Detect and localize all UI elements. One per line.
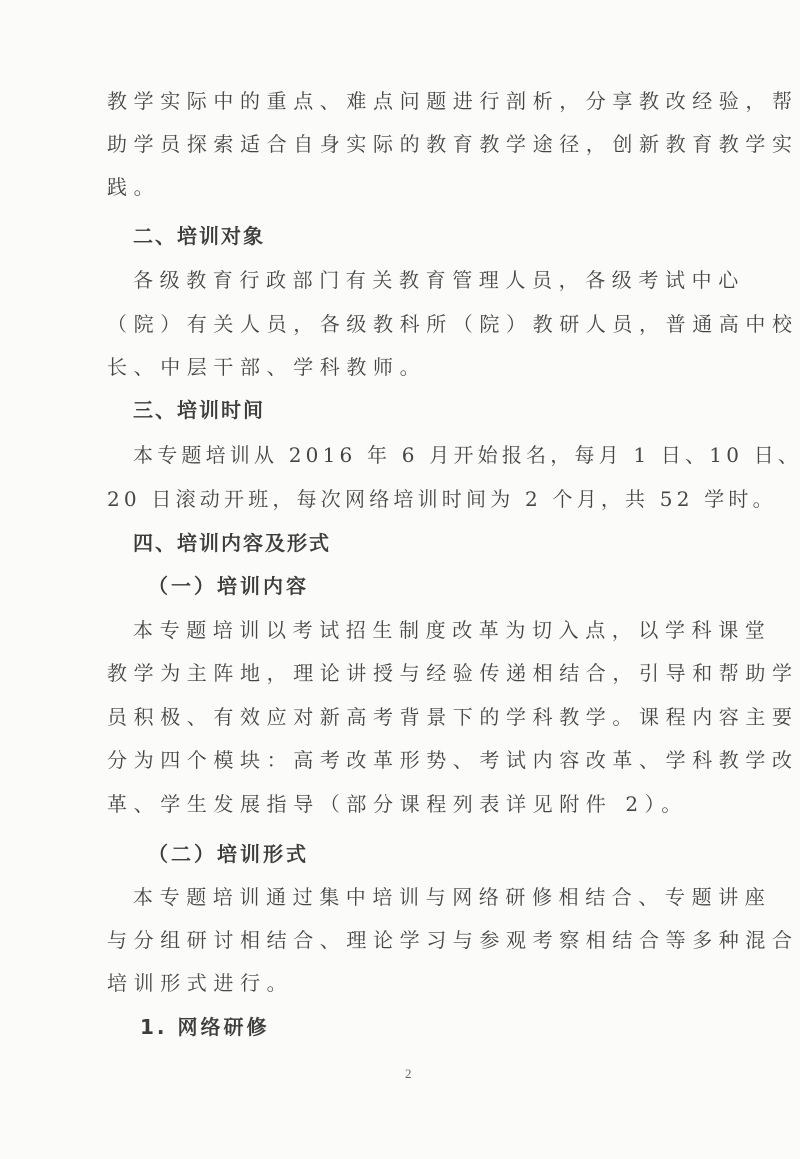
subsection-heading-training-content: （一）培训内容	[148, 573, 748, 599]
paragraph-line: 践。	[107, 174, 707, 200]
item-heading-online-study: 1. 网络研修	[140, 1014, 740, 1040]
paragraph-line: 助学员探索适合自身实际的教育教学途径，创新教育教学实	[107, 131, 707, 157]
paragraph-line: （院）有关人员，各级教科所（院）教研人员，普通高中校	[107, 311, 707, 337]
paragraph-line: 本专题培训从 2016 年 6 月开始报名，每月 1 日、10 日、	[133, 442, 733, 468]
subsection-heading-training-format: （二）培训形式	[148, 841, 748, 867]
paragraph-line: 分为四个模块：高考改革形势、考试内容改革、学科教学改	[107, 747, 707, 773]
section-heading-training-targets: 二、培训对象	[133, 223, 733, 249]
paragraph-line: 革、学生发展指导（部分课程列表详见附件 2）。	[107, 791, 707, 817]
paragraph-line: 教学为主阵地，理论讲授与经验传递相结合，引导和帮助学	[107, 660, 707, 686]
paragraph-line: 教学实际中的重点、难点问题进行剖析，分享教改经验，帮	[107, 88, 707, 114]
paragraph-line: 培训形式进行。	[107, 970, 707, 996]
paragraph-line: 各级教育行政部门有关教育管理人员，各级考试中心	[133, 267, 733, 293]
paragraph-line: 20 日滚动开班，每次网络培训时间为 2 个月，共 52 学时。	[107, 486, 707, 512]
paragraph-line: 本专题培训以考试招生制度改革为切入点，以学科课堂	[133, 617, 733, 643]
paragraph-line: 本专题培训通过集中培训与网络研修相结合、专题讲座	[133, 884, 733, 910]
paragraph-line: 与分组研讨相结合、理论学习与参观考察相结合等多种混合	[107, 927, 707, 953]
document-page: 教学实际中的重点、难点问题进行剖析，分享教改经验，帮 助学员探索适合自身实际的教…	[0, 0, 800, 1159]
page-number: 2	[405, 1066, 412, 1082]
paragraph-line: 长、中层干部、学科教师。	[107, 354, 707, 380]
paragraph-line: 员积极、有效应对新高考背景下的学科教学。课程内容主要	[107, 704, 707, 730]
section-heading-training-time: 三、培训时间	[133, 397, 733, 423]
section-heading-content-and-format: 四、培训内容及形式	[133, 530, 733, 556]
